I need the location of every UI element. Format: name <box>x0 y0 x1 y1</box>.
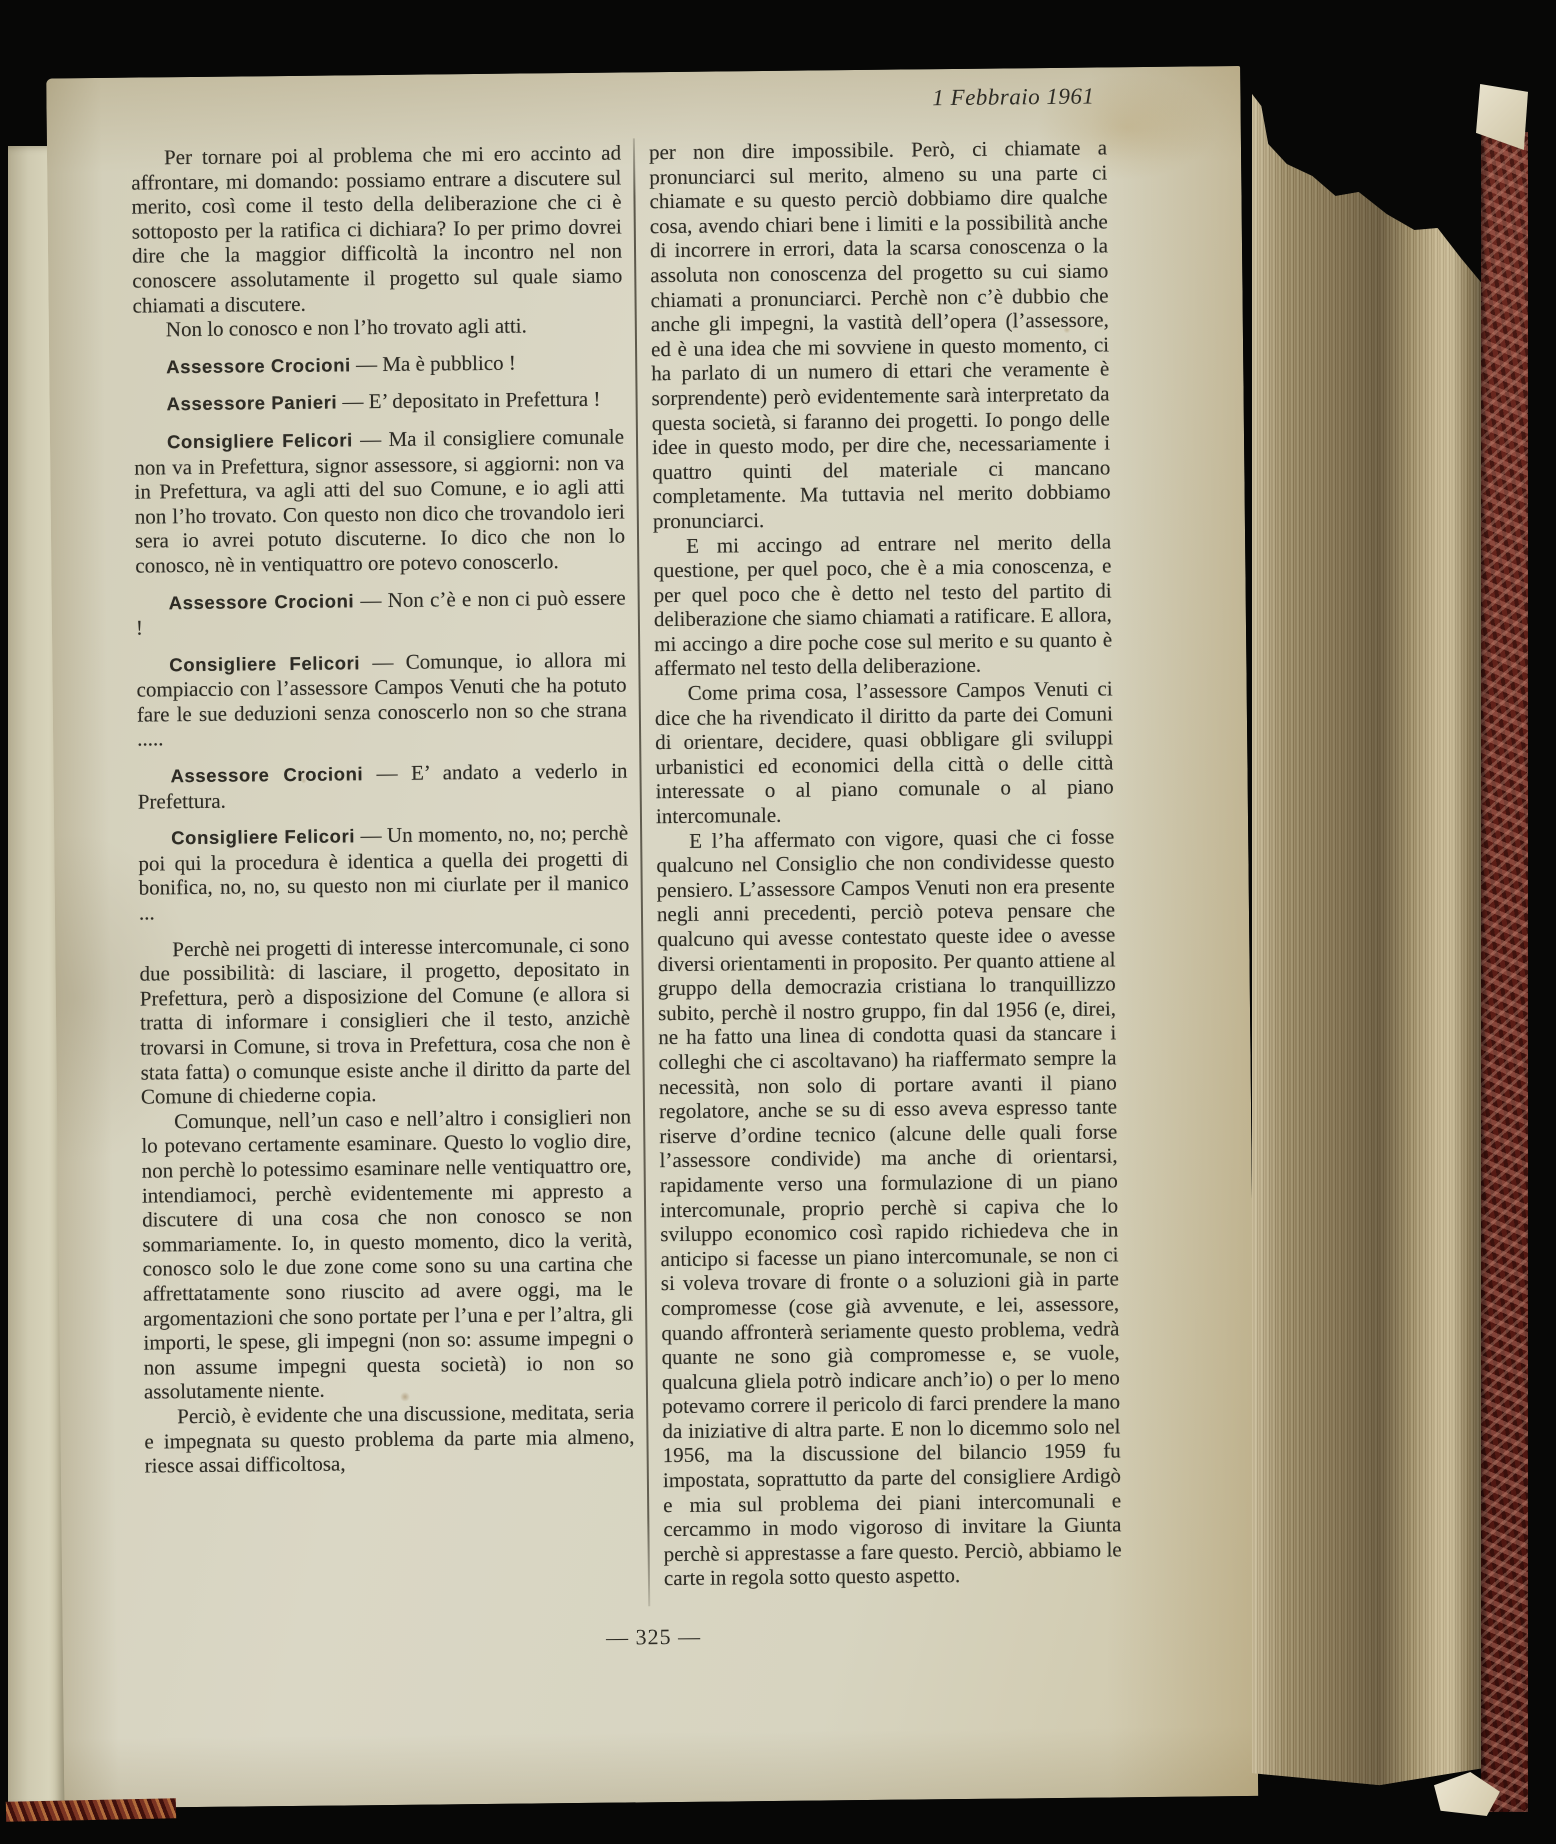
text-paragraph: E mi accingo ad entrare nel merito della… <box>653 529 1113 681</box>
text-paragraph: Per tornare poi al problema che mi ero a… <box>131 140 623 317</box>
speaker-name: Assessore Crocioni <box>169 590 355 613</box>
left-column: Per tornare poi al problema che mi ero a… <box>131 140 635 1478</box>
speech-paragraph: Consigliere Felicori — Ma il consigliere… <box>134 424 626 578</box>
text-paragraph: Comunque, nell’un caso e nell’altro i co… <box>141 1104 634 1404</box>
column-divider <box>633 138 650 1606</box>
speaker-name: Assessore Panieri <box>167 392 338 415</box>
speaker-name: Assessore Crocioni <box>170 763 363 786</box>
text-paragraph: Come prima cosa, l’assessore Campos Venu… <box>655 676 1115 828</box>
speech-paragraph: Assessore Crocioni — Non c’è e non ci pu… <box>136 585 626 640</box>
page-header-date: 1 Febbraio 1961 <box>932 84 1094 112</box>
text-paragraph: per non dire impossibile. Però, ci chiam… <box>649 135 1111 533</box>
text-paragraph: Perciò, è evidente che una discussione, … <box>144 1399 635 1478</box>
marbled-cover <box>1481 132 1528 1812</box>
speech-paragraph: Consigliere Felicori — Un momento, no, n… <box>138 821 629 926</box>
speech-paragraph: Consigliere Felicori — Comunque, io allo… <box>136 647 627 752</box>
speaker-name: Assessore Crocioni <box>166 354 351 377</box>
right-column: per non dire impossibile. Però, ci chiam… <box>649 135 1122 1591</box>
speech-paragraph: Assessore Crocioni — Ma è pubblico ! <box>133 349 623 380</box>
text-paragraph: E l’ha affermato con vigore, quasi che c… <box>656 824 1122 1591</box>
speaker-name: Consigliere Felicori <box>167 429 353 452</box>
page-edges-stack <box>1252 80 1484 1792</box>
speech-paragraph: Assessore Crocioni — E’ andato a vederlo… <box>137 759 627 814</box>
speech-paragraph: Assessore Panieri — E’ depositato in Pre… <box>133 387 623 418</box>
text-paragraph: Non lo conosco e non l’ho trovato agli a… <box>133 313 623 343</box>
cover-sliver-bottom-left <box>6 1798 176 1822</box>
book-page: 1 Febbraio 1961 Per tornare poi al probl… <box>46 66 1258 1808</box>
speaker-name: Consigliere Felicori <box>171 826 355 849</box>
page-number: — 325 — <box>548 1623 758 1651</box>
speaker-name: Consigliere Felicori <box>169 652 360 675</box>
text-paragraph: Perchè nei progetti di interesse interco… <box>139 932 631 1109</box>
book-photo: 1 Febbraio 1961 Per tornare poi al probl… <box>0 0 1556 1844</box>
